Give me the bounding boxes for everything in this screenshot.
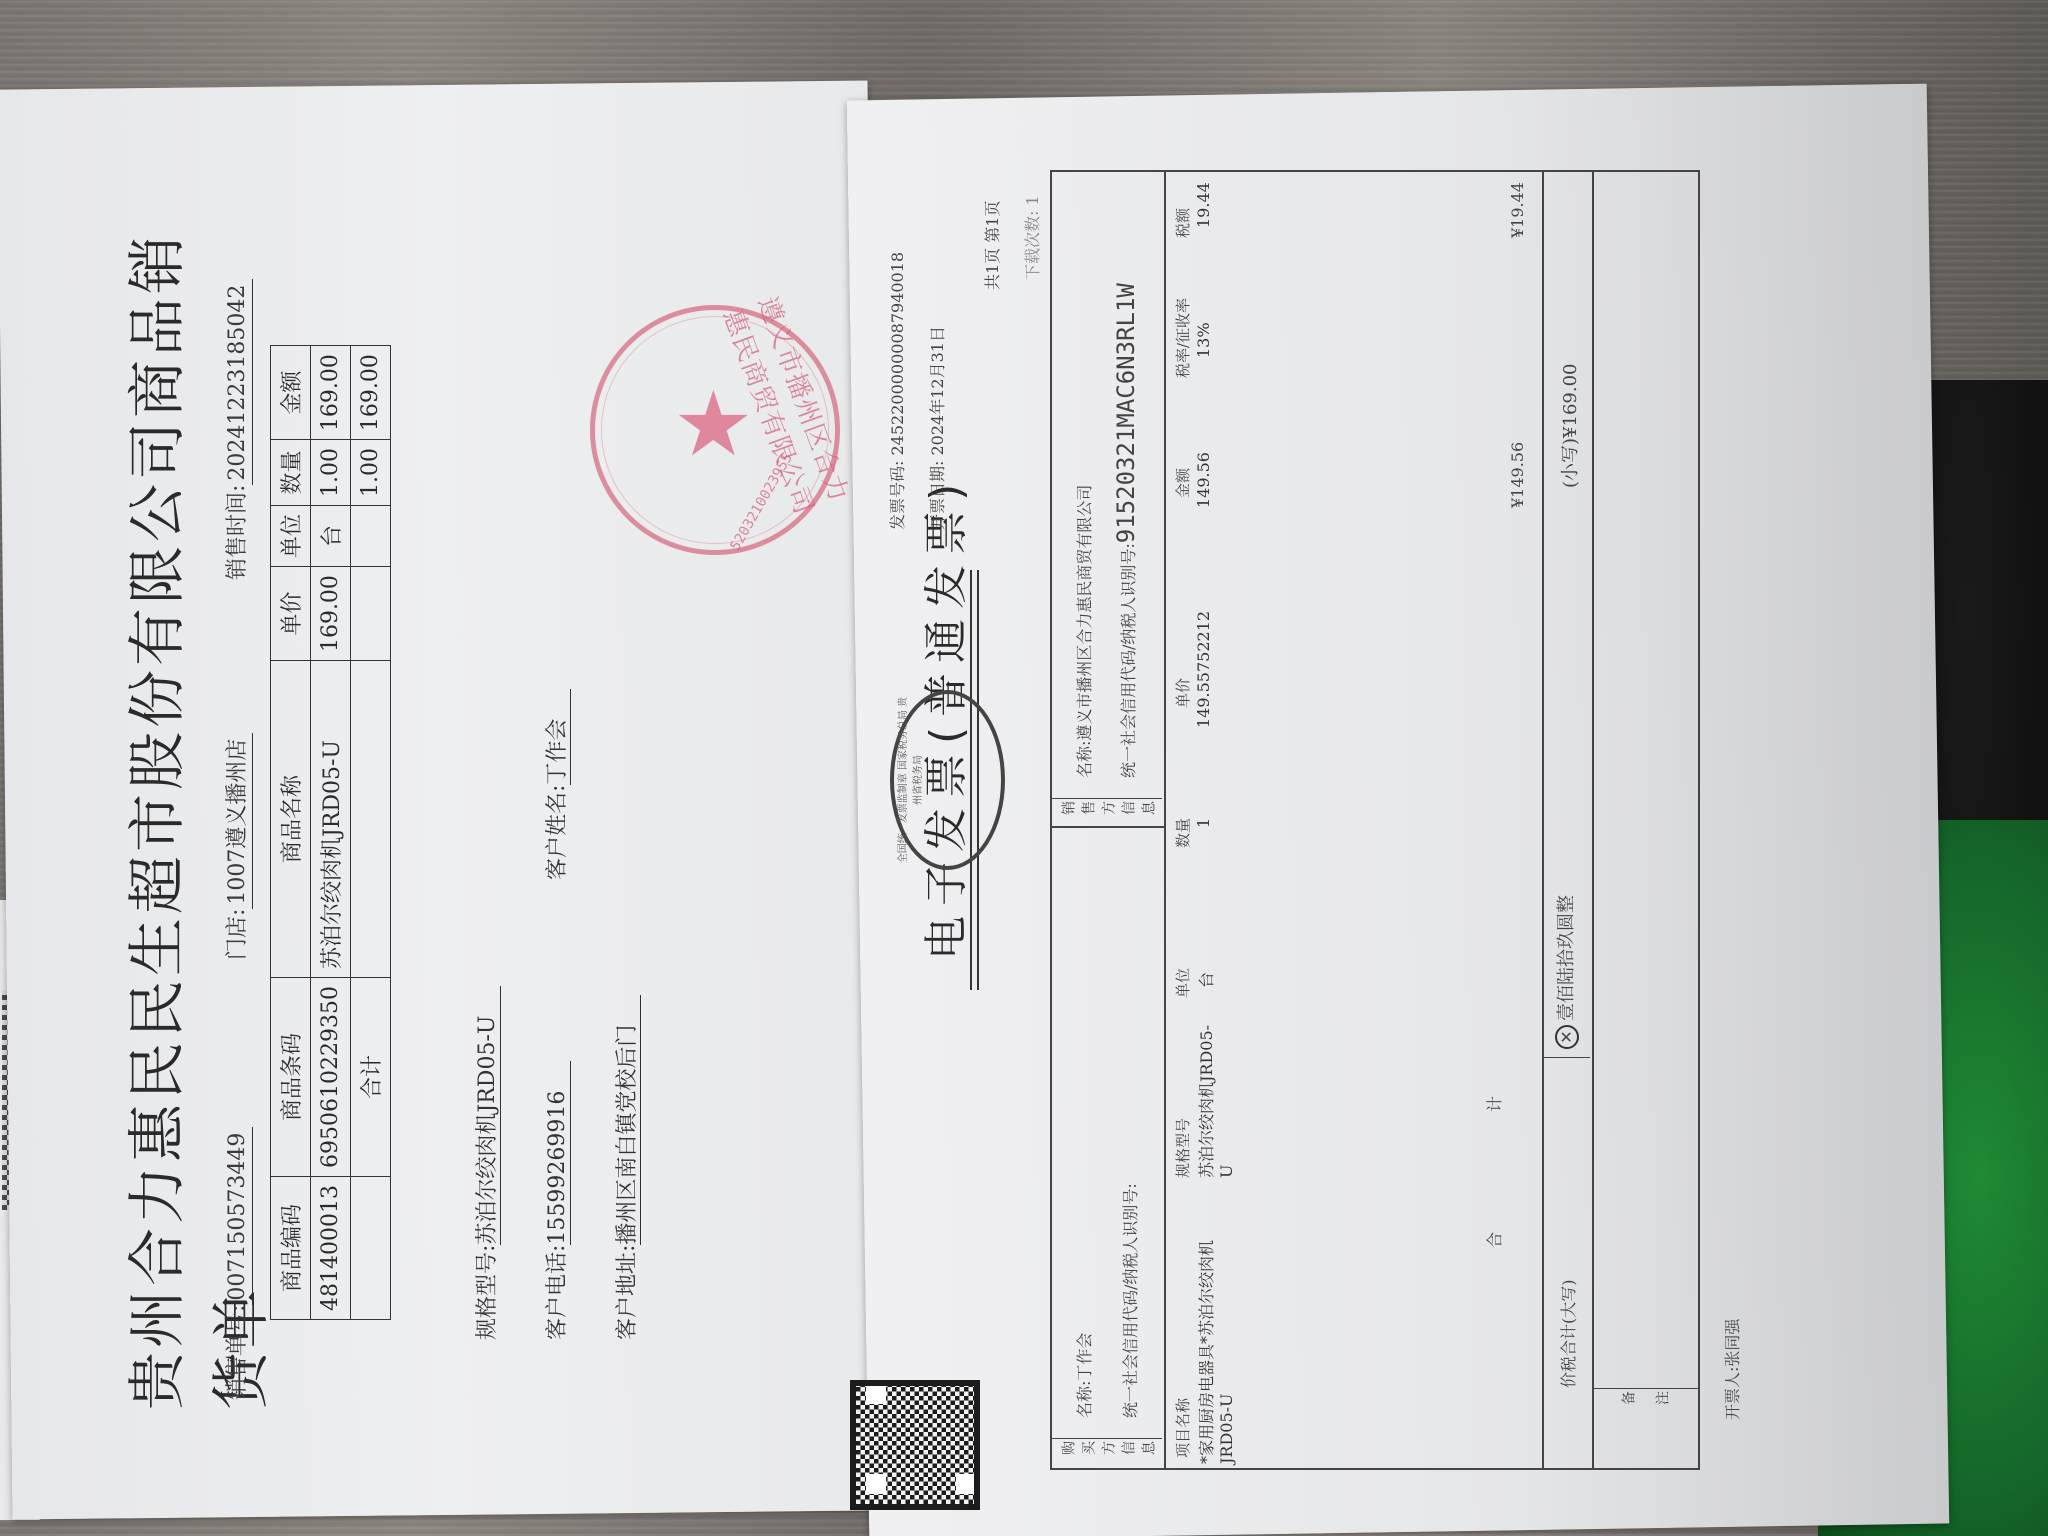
issue-date: 开票日期: 2024年12月31日 [925, 326, 948, 530]
seller-info: 销售方信息 名称:遵义市播州区合力惠民商贸有限公司 统一社会信用代码/纳税人识别… [1052, 172, 1166, 828]
company-stamp: 遵义市播州区合力惠民商贸有限公司 ★ 5203210023955 [590, 305, 840, 555]
slip-table: 商品编码 商品条码 商品名称 单价 单位 数量 金额 481400013 695… [270, 345, 391, 1320]
spec-line: 规格型号:苏泊尔绞肉机JRD05-U [470, 986, 501, 1340]
qr-code-icon [850, 1380, 980, 1510]
table-row: 481400013 6950610229350 苏泊尔绞肉机JRD05-U 16… [311, 346, 351, 1320]
remark-label: 备注 [1592, 1388, 1698, 1468]
electronic-invoice: 电子发票(普通发票) 全国统一发票监制章 国家税务总局 贵州省税务局 发票号码:… [1050, 150, 1730, 1490]
issuer: 开票人:张同强 [1720, 1319, 1743, 1420]
customer-address-line: 客户地址:播州区南白镇党校后门 [610, 995, 641, 1340]
invoice-body: 购买方信息 名称:丁作会 统一社会信用代码/纳税人识别号: 销售方信息 名称:遵… [1050, 170, 1700, 1470]
store: 门店:1007遵义播州店 [220, 733, 251, 960]
table-header-row: 商品编码 商品条码 商品名称 单价 单位 数量 金额 [271, 346, 311, 1320]
buyer-info: 购买方信息 名称:丁作会 统一社会信用代码/纳税人识别号: [1052, 826, 1166, 1468]
item-unit: 台 [1194, 972, 1217, 988]
download-count: 下载次数: 1 [1020, 195, 1043, 280]
invoice-number: 发票号码: 24522000000087940018 [885, 252, 908, 530]
order-no: 销售单号:007150573449 [220, 1127, 251, 1400]
grand-total-row: 价税合计(大写) ✕壹佰陆拾玖圆整 (小写)¥169.00 [1542, 172, 1594, 1468]
cross-circle-icon: ✕ [1555, 1025, 1579, 1049]
item-tax-rate: 13% [1194, 322, 1213, 358]
item-amount: 149.56 [1194, 452, 1213, 508]
customer-name-line: 客户姓名:丁作会 [540, 689, 571, 880]
item-spec: 苏泊尔绞肉机JRD05-U [1194, 1018, 1236, 1178]
tax-bureau-seal: 全国统一发票监制章 国家税务总局 贵州省税务局 [890, 690, 1005, 870]
customer-phone-line: 客户电话:15599269916 [540, 1061, 571, 1340]
page-info: 共1页 第1页 [980, 201, 1003, 290]
item-qty: 1 [1194, 818, 1213, 828]
item-tax: 19.44 [1194, 182, 1213, 228]
sale-time: 销售时间:20241223185042 [220, 279, 251, 580]
table-total-row: 合计 1.00 169.00 [351, 346, 391, 1320]
star-icon: ★ [673, 380, 754, 470]
item-name: *家用厨房电器具*苏泊尔绞肉机JRD05-U [1194, 1194, 1236, 1464]
item-price: 149.55752212 [1194, 611, 1213, 728]
